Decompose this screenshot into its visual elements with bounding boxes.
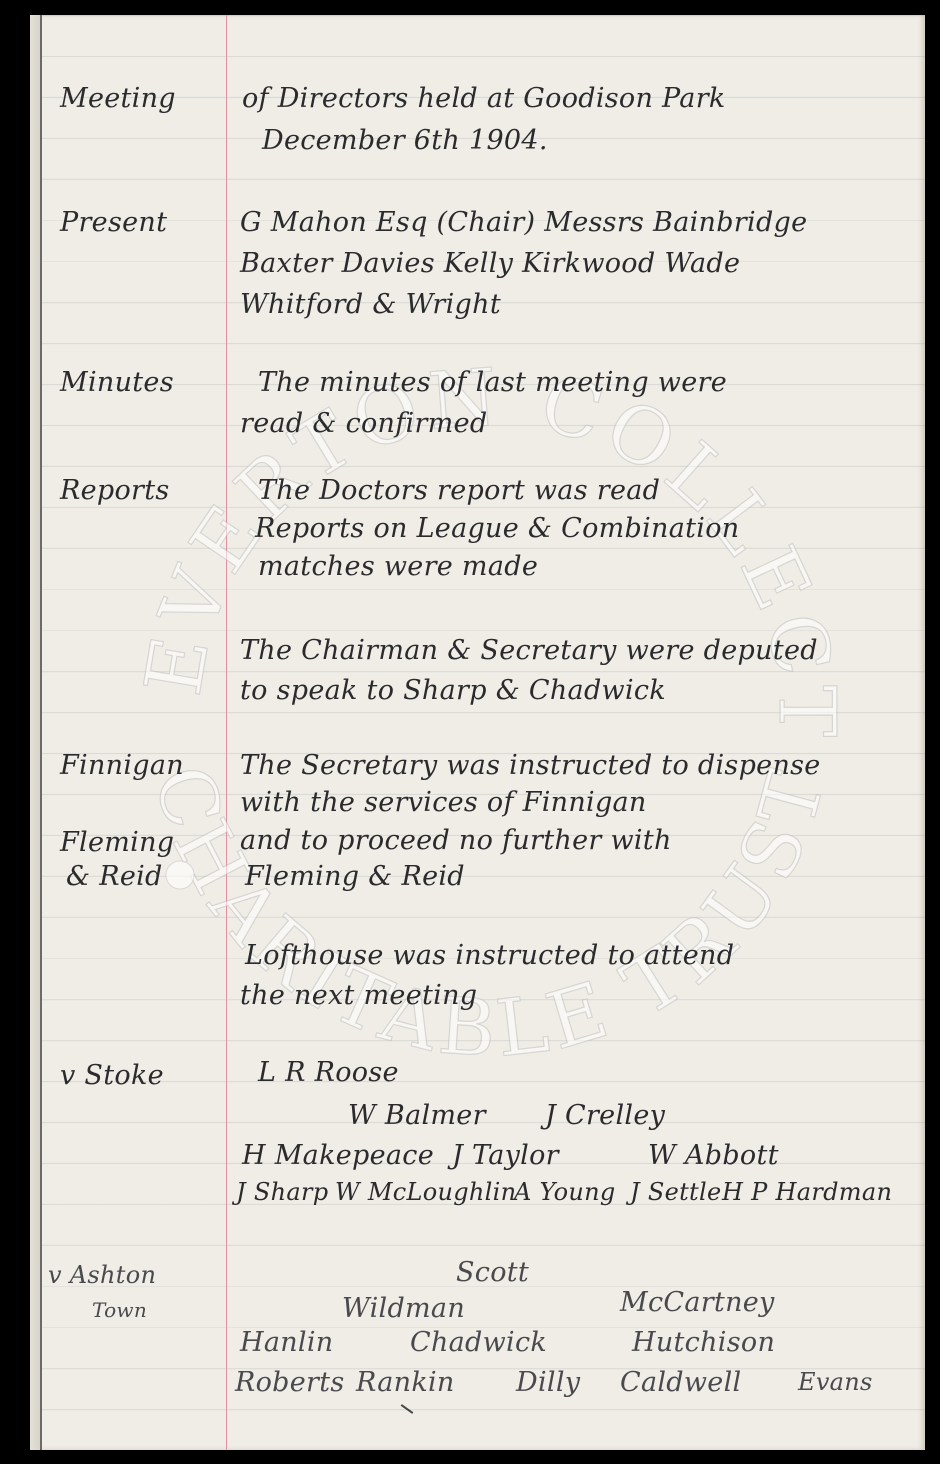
- ashton-forward-1: Roberts: [235, 1362, 345, 1403]
- lofthouse-line-2: the next meeting: [240, 975, 477, 1016]
- dismissal-line-3: and to proceed no further with: [240, 820, 672, 861]
- heading-line-1: of Directors held at Goodison Park: [242, 78, 726, 119]
- stoke-goalkeeper: L R Roose: [258, 1052, 399, 1093]
- ashton-forward-3: Dilly: [516, 1362, 580, 1403]
- dismissal-line-2: with the services of Finnigan: [240, 782, 647, 823]
- reports-line-3: matches were made: [258, 546, 538, 587]
- entry-label-finnigan: Finnigan: [60, 745, 184, 786]
- team-label-stoke: v Stoke: [60, 1055, 164, 1096]
- ashton-half-2: Chadwick: [410, 1322, 547, 1363]
- entry-label-reid: & Reid: [66, 856, 163, 897]
- stoke-half-1: H Makepeace: [242, 1135, 434, 1176]
- team-label-town: Town: [92, 1290, 147, 1331]
- lofthouse-line-1: Lofthouse was instructed to attend: [245, 935, 734, 976]
- minutes-line-1: The minutes of last meeting were: [258, 362, 727, 403]
- stoke-forward-4: J Settle: [630, 1172, 721, 1213]
- minutes-line-2: read & confirmed: [240, 403, 487, 444]
- ashton-half-1: Hanlin: [240, 1322, 334, 1363]
- heading-label: Meeting: [60, 78, 176, 119]
- dismissal-line-4: Fleming & Reid: [245, 856, 465, 897]
- present-line-2: Baxter Davies Kelly Kirkwood Wade: [240, 243, 740, 284]
- heading-line-2: December 6th 1904.: [262, 120, 548, 161]
- stoke-forward-5: H P Hardman: [722, 1172, 892, 1213]
- reports-line-2: Reports on League & Combination: [255, 508, 739, 549]
- deputation-line-1: The Chairman & Secretary were deputed: [240, 630, 818, 671]
- margin-rule-line: [226, 15, 227, 1450]
- present-line-3: Whitford & Wright: [240, 284, 501, 325]
- entry-label-minutes: Minutes: [60, 362, 174, 403]
- stoke-back-1: W Balmer: [348, 1095, 486, 1136]
- ashton-half-3: Hutchison: [632, 1322, 775, 1363]
- page-binding-edge: [30, 15, 42, 1450]
- present-line-1: G Mahon Esq (Chair) Messrs Bainbridge: [240, 202, 807, 243]
- stoke-forward-2: W McLoughlin: [335, 1172, 516, 1213]
- reports-line-1: The Doctors report was read: [258, 470, 660, 511]
- ashton-forward-4: Caldwell: [620, 1362, 741, 1403]
- ashton-forward-2: Rankin: [356, 1362, 455, 1403]
- ashton-back-2: McCartney: [620, 1282, 775, 1323]
- watermark-dot-icon: [166, 861, 194, 889]
- stoke-half-2: J Taylor: [452, 1135, 559, 1176]
- ashton-goalkeeper: Scott: [456, 1252, 529, 1293]
- deputation-line-2: to speak to Sharp & Chadwick: [240, 670, 666, 711]
- entry-label-present: Present: [60, 202, 167, 243]
- entry-label-reports: Reports: [60, 470, 170, 511]
- stoke-forward-1: J Sharp: [236, 1172, 328, 1213]
- stoke-half-3: W Abbott: [648, 1135, 779, 1176]
- ashton-forward-5: Evans: [798, 1362, 873, 1403]
- stoke-forward-3: A Young: [514, 1172, 616, 1213]
- stoke-back-2: J Crelley: [545, 1095, 665, 1136]
- dismissal-line-1: The Secretary was instructed to dispense: [240, 745, 821, 786]
